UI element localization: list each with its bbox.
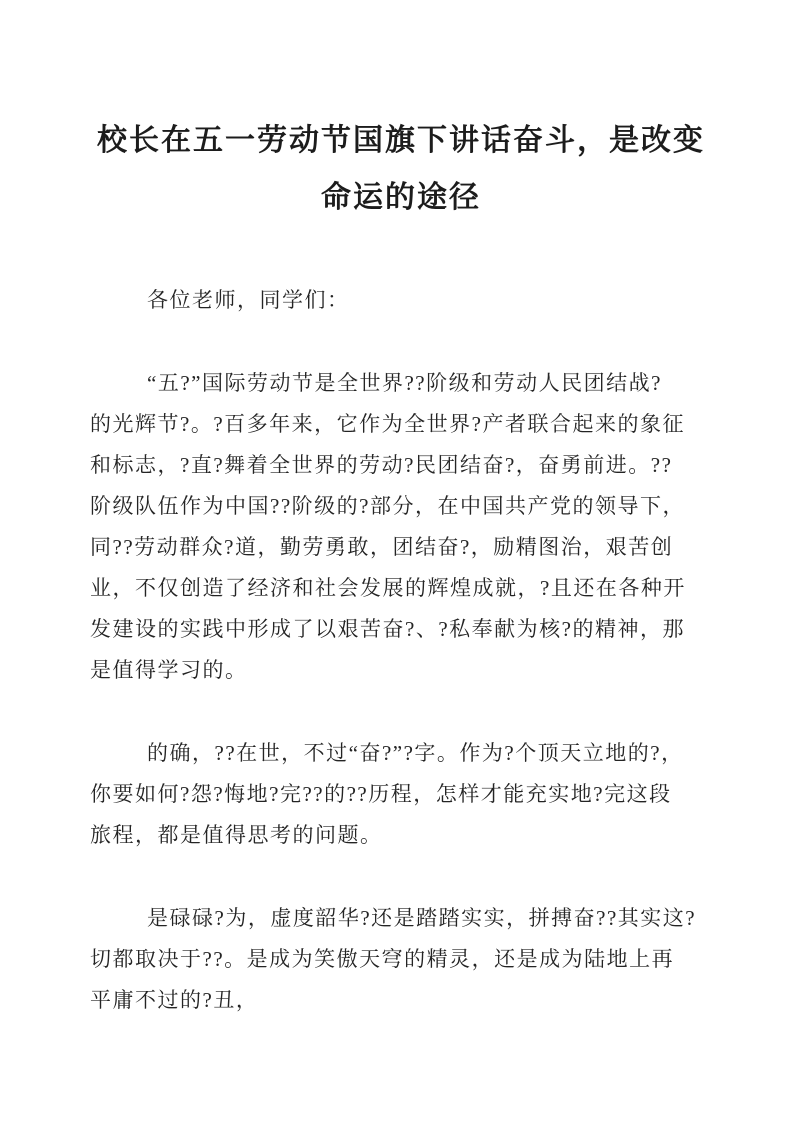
paragraph-labor-day: “五?”国际劳动节是全世界??阶级和劳动人民团结战? 的光辉节?。?百多年来，它… <box>90 363 712 691</box>
paragraph-life-journey: 的确，??在世，不过“奋?”?字。作为?个顶天立地的?， 你要如何?怨?悔地?完… <box>90 733 712 856</box>
document-page: 校长在五一劳动节国旗下讲话奋斗，是改变 命运的途径 各位老师，同学们： “五?”… <box>0 0 793 1122</box>
document-body: 各位老师，同学们： “五?”国际劳动节是全世界??阶级和劳动人民团结战? 的光辉… <box>90 280 712 1021</box>
paragraph-salutation: 各位老师，同学们： <box>90 280 712 321</box>
paragraph-choice: 是碌碌?为，虚度韶华?还是踏踏实实，拼搏奋??其实这? 切都取决于??。是成为笑… <box>90 898 712 1021</box>
document-title: 校长在五一劳动节国旗下讲话奋斗，是改变 命运的途径 <box>90 112 712 226</box>
